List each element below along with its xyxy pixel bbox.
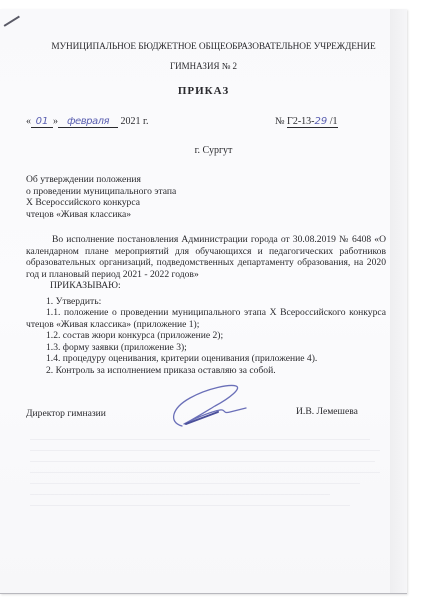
handwritten-signature (160, 378, 260, 430)
order-subject: Об утверждении положения о проведении му… (26, 174, 176, 220)
signatory-name: И.В. Лемешева (296, 406, 358, 417)
date-day-handwritten: 01 (31, 116, 53, 128)
corner-pen-mark (4, 16, 20, 27)
number-prefix: № (275, 116, 287, 127)
bleed-through-line (30, 439, 370, 440)
organization-subtitle: ГИМНАЗИЯ № 2 (0, 61, 407, 71)
order-item: 1.1. положение о проведении муниципально… (26, 307, 386, 330)
order-item: 1.3. форму заявки (приложение 3); (26, 342, 386, 354)
bleed-through-line (30, 450, 380, 451)
order-item: 2. Контроль за исполнением приказа остав… (26, 365, 386, 377)
preamble-paragraph: Во исполнение постановления Администраци… (26, 234, 386, 280)
order-number: № Г2-13-29 /1 (275, 116, 338, 128)
subject-line: Об утверждении положения (26, 174, 176, 186)
order-item: 1. Утвердить: (26, 296, 386, 308)
bleed-through-line (30, 472, 380, 473)
order-date: «01»февраля 2021 г. (26, 116, 148, 128)
order-directive: ПРИКАЗЫВАЮ: (50, 280, 121, 291)
number-field: Г2-13-29 /1 (287, 116, 337, 128)
order-item: 1.4. процедуру оценивания, критерии оцен… (26, 353, 386, 365)
date-year: 2021 г. (121, 116, 149, 127)
date-month-handwritten: февраля (58, 116, 118, 128)
subject-line: Х Всероссийского конкурса (26, 197, 176, 209)
bleed-through-line (30, 505, 350, 506)
bleed-through-line (30, 494, 330, 495)
number-handwritten: 29 (315, 116, 328, 127)
bleed-through-line (30, 461, 375, 462)
document-title: ПРИКАЗ (0, 85, 407, 97)
scanned-document: МУНИЦИПАЛЬНОЕ БЮДЖЕТНОЕ ОБЩЕОБРАЗОВАТЕЛЬ… (0, 0, 424, 599)
number-suffix: /1 (327, 116, 337, 127)
document-page: МУНИЦИПАЛЬНОЕ БЮДЖЕТНОЕ ОБЩЕОБРАЗОВАТЕЛЬ… (0, 9, 407, 594)
order-item: 1.2. состав жюри конкурса (приложение 2)… (26, 330, 386, 342)
bleed-through-line (30, 483, 360, 484)
number-printed: Г2-13- (287, 116, 314, 127)
city: г. Сургут (0, 145, 407, 156)
organization-name: МУНИЦИПАЛЬНОЕ БЮДЖЕТНОЕ ОБЩЕОБРАЗОВАТЕЛЬ… (0, 42, 407, 52)
signatory-role: Директор гимназии (26, 408, 106, 419)
subject-line: о проведении муниципального этапа (26, 186, 176, 198)
subject-line: чтецов «Живая классика» (26, 209, 176, 221)
